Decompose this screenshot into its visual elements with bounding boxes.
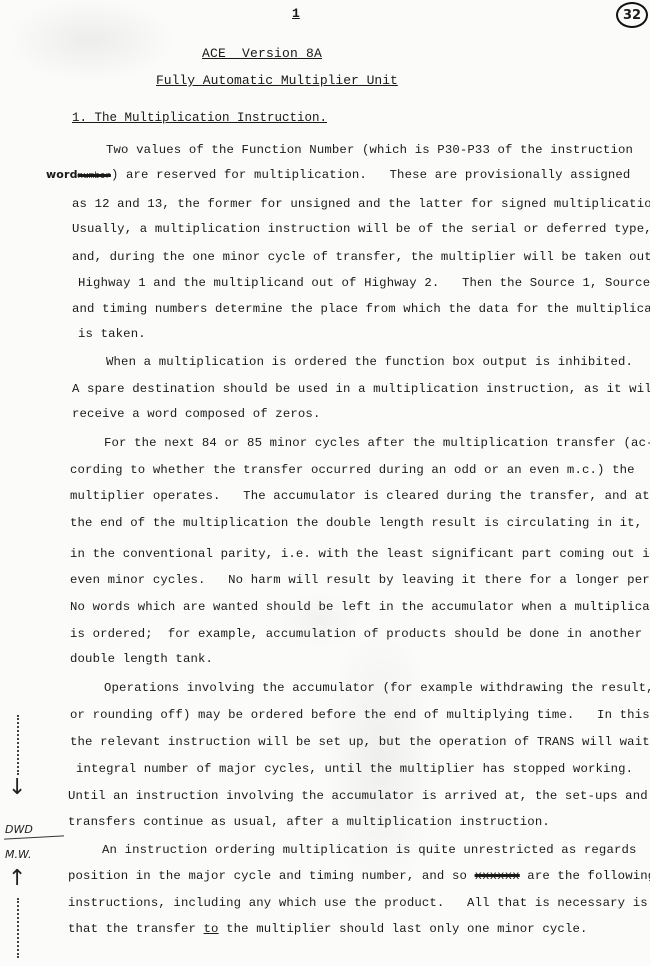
text-line: receive a word composed of zeros. bbox=[72, 407, 320, 421]
text-line: Until an instruction involving the accum… bbox=[68, 789, 648, 803]
text-line: that the transfer to the multiplier shou… bbox=[68, 922, 588, 936]
text-line: When a multiplication is ordered the fun… bbox=[106, 355, 633, 369]
text-line: the relevant instruction will be set up,… bbox=[70, 735, 650, 749]
text-line: Highway 1 and the multiplicand out of Hi… bbox=[78, 276, 650, 290]
text-line: is ordered; for example, accumulation of… bbox=[70, 627, 642, 641]
text-line: multiplier operates. The accumulator is … bbox=[70, 489, 650, 503]
text-line: double length tank. bbox=[70, 652, 213, 666]
page-number: 1 bbox=[292, 6, 300, 21]
underlined-word: to bbox=[204, 922, 219, 936]
arrow-up-icon: ↑ bbox=[8, 866, 26, 891]
dotted-margin-line bbox=[17, 715, 21, 775]
margin-note-dwd: DWD bbox=[5, 823, 33, 836]
text-line: the end of the multiplication the double… bbox=[70, 516, 642, 530]
struck-word: number bbox=[78, 171, 111, 181]
text-line: instructions, including any which use th… bbox=[68, 896, 648, 910]
text-line: No words which are wanted should be left… bbox=[70, 600, 650, 614]
dotted-margin-line bbox=[17, 898, 21, 958]
section-heading: 1. The Multiplication Instruction. bbox=[72, 111, 327, 125]
handwritten-correction: word bbox=[46, 168, 78, 181]
text-line: Two values of the Function Number (which… bbox=[106, 143, 633, 157]
margin-note-mw: M.W. bbox=[5, 848, 31, 861]
text-line: is taken. bbox=[78, 327, 146, 341]
text-line: Usually, a multiplication instruction wi… bbox=[72, 222, 650, 236]
text-line: as 12 and 13, the former for unsigned an… bbox=[72, 197, 650, 211]
text-line: or rounding off) may be ordered before t… bbox=[70, 708, 650, 722]
text-line: and, during the one minor cycle of trans… bbox=[72, 250, 650, 264]
text-line: Operations involving the accumulator (fo… bbox=[104, 681, 650, 695]
margin-divider bbox=[4, 835, 64, 839]
text-line: transfers continue as usual, after a mul… bbox=[68, 815, 550, 829]
text-line: For the next 84 or 85 minor cycles after… bbox=[104, 436, 650, 450]
text-line: even minor cycles. No harm will result b… bbox=[70, 573, 650, 587]
text-line: integral number of major cycles, until t… bbox=[76, 762, 633, 776]
document-page: 1 32 ACE Version 8A Fully Automatic Mult… bbox=[0, 0, 650, 966]
text-line: An instruction ordering multiplication i… bbox=[102, 843, 637, 857]
text-line: and timing numbers determine the place f… bbox=[72, 302, 650, 316]
arrow-down-icon: ↓ bbox=[8, 775, 26, 800]
document-subtitle: Fully Automatic Multiplier Unit bbox=[156, 73, 398, 88]
text-line: in the conventional parity, i.e. with th… bbox=[70, 547, 650, 561]
text-line: cording to whether the transfer occurred… bbox=[70, 463, 635, 477]
document-title: ACE Version 8A bbox=[202, 46, 322, 61]
archive-number-circled: 32 bbox=[616, 2, 648, 28]
text-line: position in the major cycle and timing n… bbox=[68, 869, 650, 883]
text-line: A spare destination should be used in a … bbox=[72, 382, 650, 396]
text-line: wordnumber) are reserved for multiplicat… bbox=[46, 168, 630, 182]
struck-word: xxxxxx bbox=[475, 869, 520, 883]
